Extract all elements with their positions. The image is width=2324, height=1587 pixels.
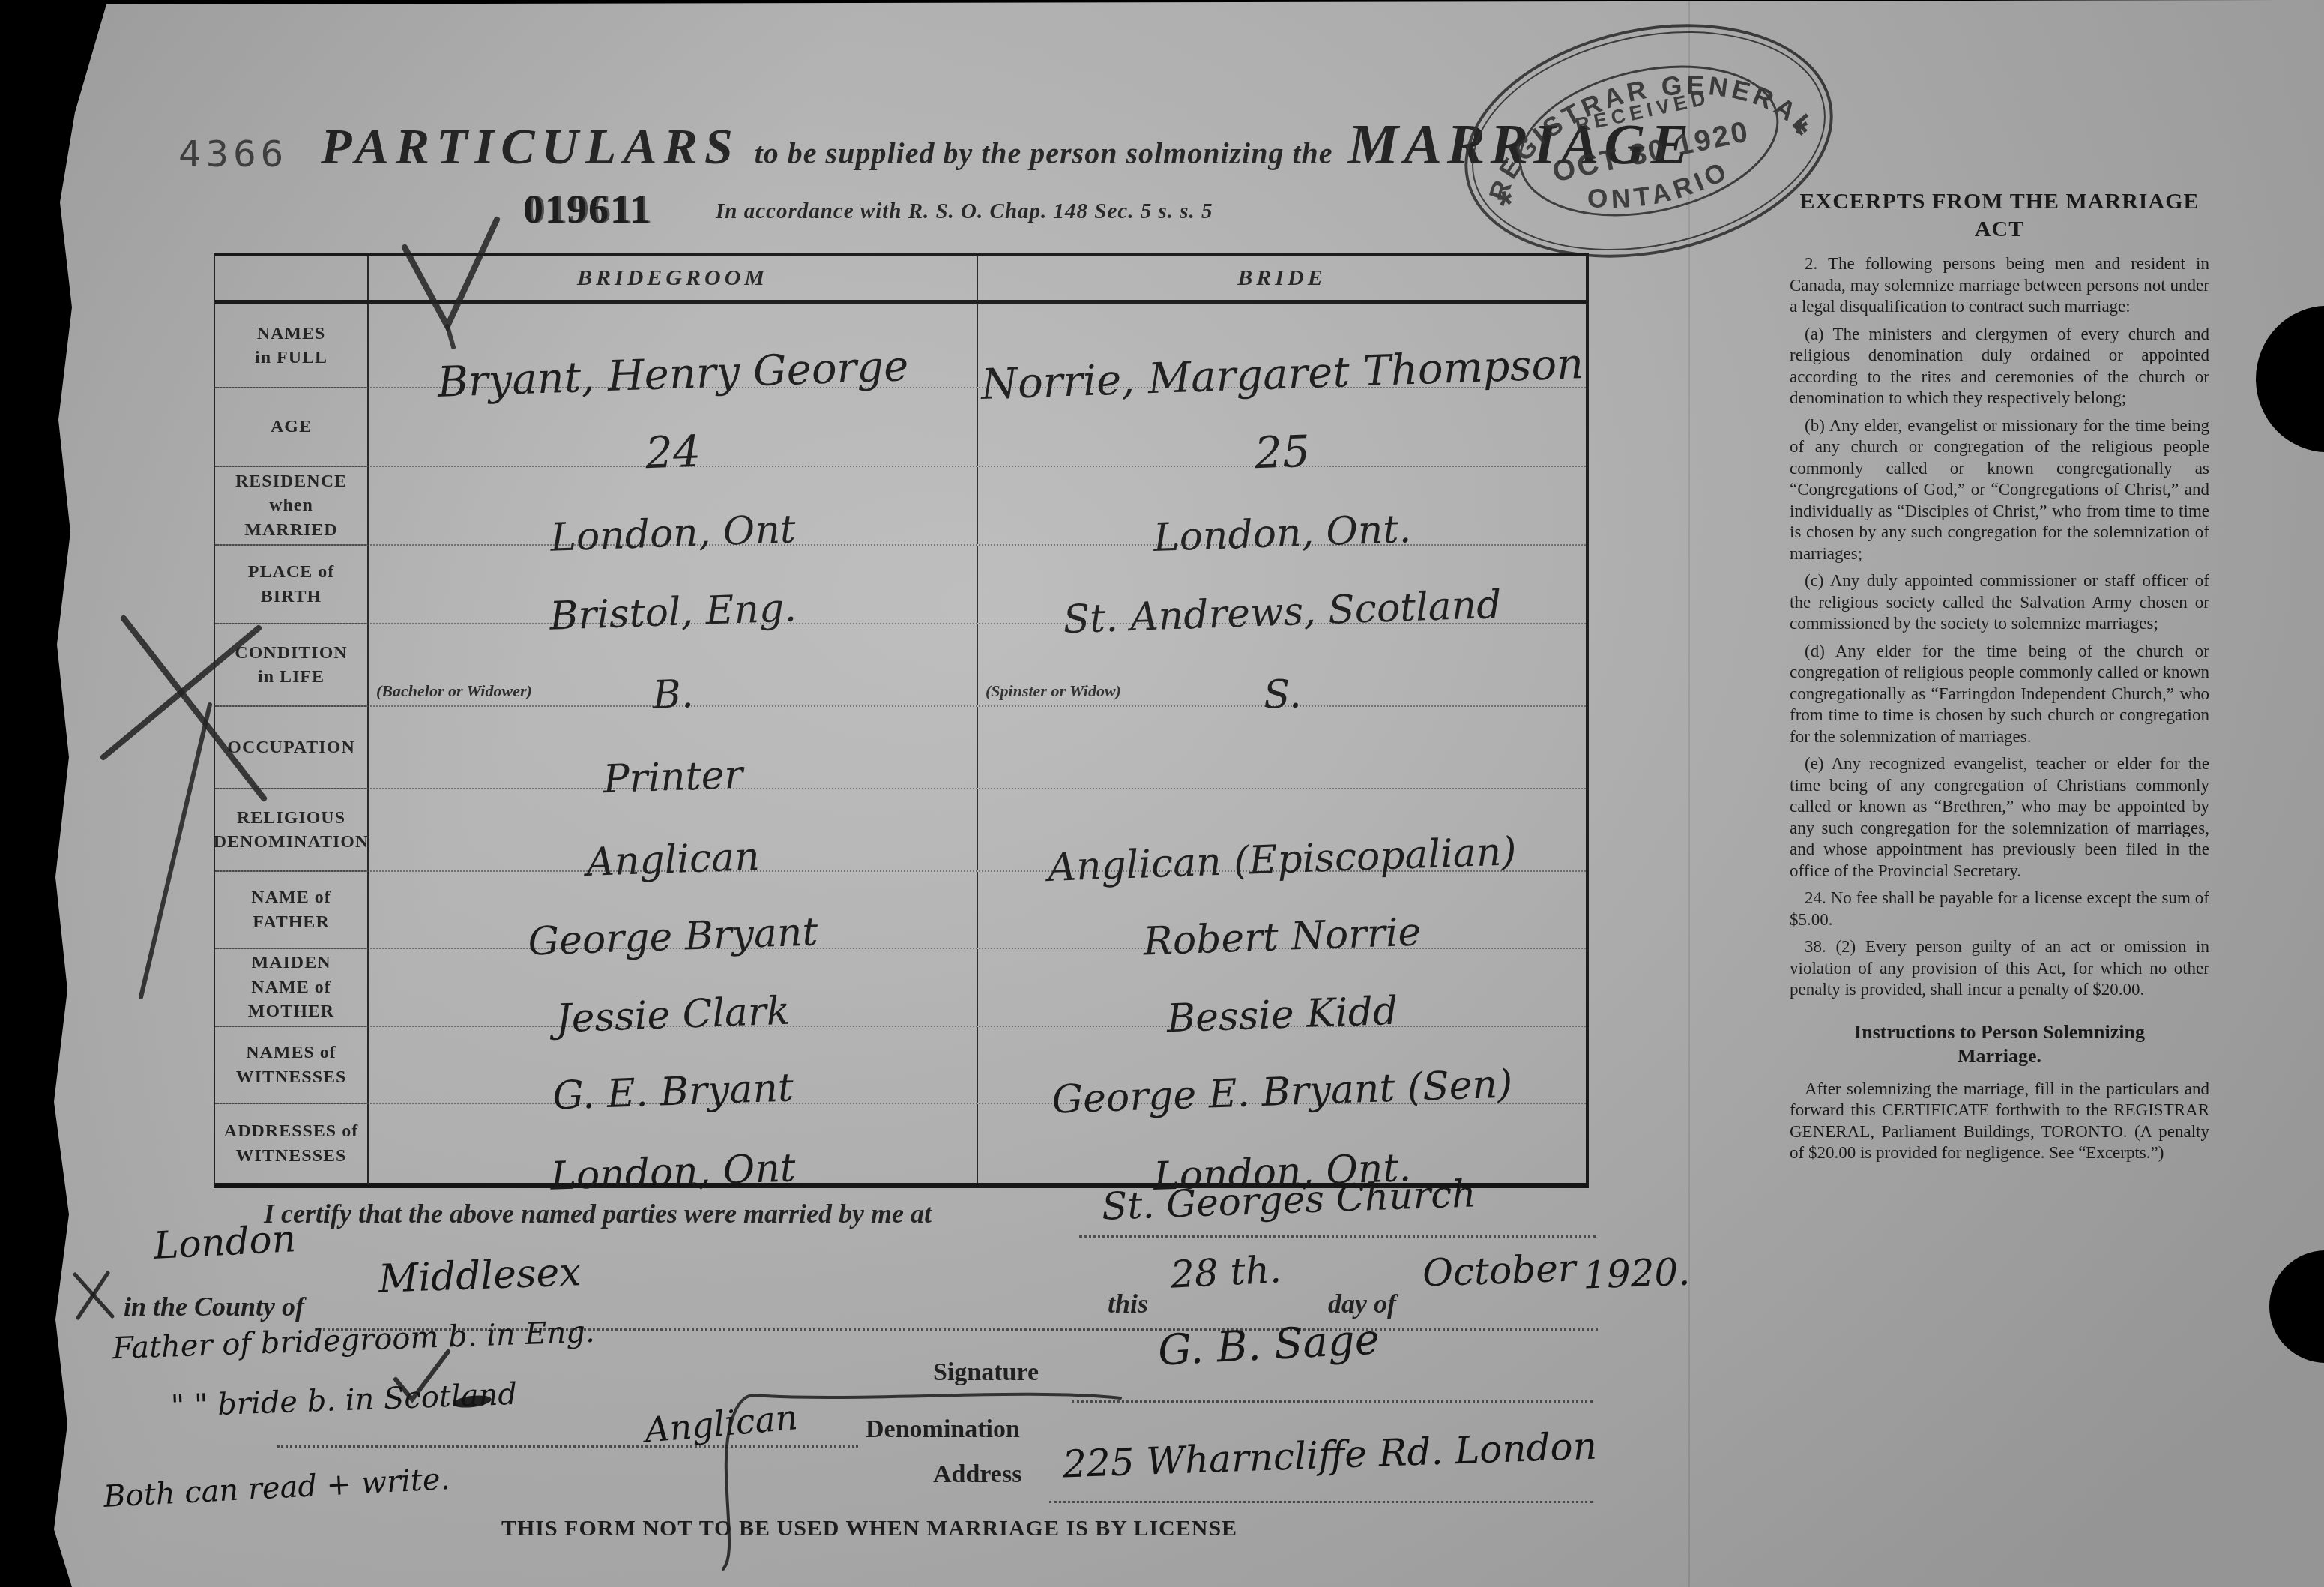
- cell-bride-occupation: [978, 707, 1586, 788]
- cell-groom-mother: Jessie Clark: [369, 949, 978, 1026]
- table-header-label-spacer: [215, 256, 369, 300]
- denomination-label: Denomination: [866, 1415, 1020, 1444]
- cell-groom-witness-address: London, Ont: [369, 1104, 978, 1183]
- excerpt-paragraph: 2. The following persons being men and r…: [1790, 253, 2209, 318]
- form-footer-text: THIS FORM NOT TO BE USED WHEN MARRIAGE I…: [495, 1516, 1244, 1541]
- signature-label: Signature: [933, 1358, 1039, 1387]
- handwritten-year: 1920.: [1582, 1250, 1691, 1298]
- handwritten-city: London: [153, 1217, 298, 1268]
- table-row-occupation: OCCUPATION Printer: [215, 707, 1586, 789]
- cross-mark-county-icon: [69, 1265, 121, 1325]
- form-subtitle: In accordance with R. S. O. Chap. 148 Se…: [716, 199, 1213, 224]
- cell-bride-names: Norrie, Margaret Thompson: [978, 304, 1586, 387]
- cell-groom-age: 24: [369, 388, 978, 466]
- printed-cell-note: (Bachelor or Widower): [376, 681, 532, 701]
- column-header-bridegroom: BRIDEGROOM: [369, 256, 978, 300]
- excerpts-column: EXCERPTS FROM THE MARRIAGE ACT 2. The fo…: [1790, 187, 2209, 1170]
- handwritten-value: London, Ont: [549, 1145, 796, 1199]
- excerpt-paragraph: (a) The ministers and clergymen of every…: [1790, 324, 2209, 409]
- cell-bride-religion: Anglican (Episcopalian): [978, 789, 1586, 870]
- row-label: NAMES of WITNESSES: [215, 1027, 369, 1104]
- cell-bride-birthplace: St. Andrews, Scotland: [978, 546, 1586, 623]
- row-label: PLACE of BIRTH: [215, 546, 369, 624]
- cell-groom-occupation: Printer: [369, 707, 978, 788]
- cell-groom-birthplace: Bristol, Eng.: [369, 546, 978, 623]
- row-label: ADDRESSES of WITNESSES: [215, 1104, 369, 1184]
- certify-printed-text: I certify that the above named parties w…: [264, 1198, 932, 1229]
- excerpt-paragraph: (e) Any recognized evangelist, teacher o…: [1790, 753, 2209, 882]
- handwritten-denomination: Anglican: [643, 1397, 799, 1451]
- excerpt-paragraph: (b) Any elder, evangelist or missionary …: [1790, 415, 2209, 565]
- paper-fold-line: [1688, 0, 1690, 1587]
- cell-groom-religion: Anglican: [369, 789, 978, 870]
- handwritten-month: October: [1422, 1246, 1577, 1295]
- printed-cell-note: (Spinster or Widow): [986, 681, 1121, 701]
- row-label: NAME of FATHER: [215, 872, 369, 949]
- row-label: MAIDEN NAME of MOTHER: [215, 949, 369, 1027]
- dotted-line: [277, 1445, 858, 1448]
- particulars-table: BRIDEGROOM BRIDE NAMES in FULL Bryant, H…: [214, 253, 1589, 1188]
- form-title-lead: PARTICULARS: [321, 117, 740, 176]
- margin-note-literacy: Both can read + write.: [103, 1462, 450, 1514]
- row-label: RELIGIOUS DENOMINATION: [215, 789, 369, 872]
- address-label: Address: [933, 1460, 1021, 1489]
- table-header-row: BRIDEGROOM BRIDE: [215, 256, 1586, 304]
- table-row-religion: RELIGIOUS DENOMINATION Anglican Anglican…: [215, 789, 1586, 872]
- this-printed-text: this: [1108, 1288, 1148, 1319]
- table-row-father: NAME of FATHER George Bryant Robert Norr…: [215, 872, 1586, 949]
- cell-bride-witness: George E. Bryant (Sen): [978, 1027, 1586, 1103]
- cell-groom-witness: G. E. Bryant: [369, 1027, 978, 1103]
- excerpt-paragraph: (c) Any duly appointed commissioner or s…: [1790, 570, 2209, 635]
- form-title-middle: to be supplied by the person solmonizing…: [755, 136, 1333, 171]
- table-row-condition: CONDITION in LIFE (Bachelor or Widower) …: [215, 624, 1586, 707]
- handwritten-address: 225 Wharncliffe Rd. London: [1062, 1424, 1598, 1487]
- table-row-witness-addresses: ADDRESSES of WITNESSES London, Ont Londo…: [215, 1104, 1586, 1183]
- instructions-body: After solemnizing the marriage, fill in …: [1790, 1079, 2209, 1164]
- table-row-residence: RESIDENCE when MARRIED London, Ont Londo…: [215, 467, 1586, 546]
- paper-sheet: 4366 PARTICULARS to be supplied by the p…: [0, 0, 2324, 1587]
- table-row-mother: MAIDEN NAME of MOTHER Jessie Clark Bessi…: [215, 949, 1586, 1027]
- cell-bride-age: 25: [978, 388, 1586, 466]
- table-row-witness-names: NAMES of WITNESSES G. E. Bryant George E…: [215, 1027, 1586, 1104]
- cell-bride-witness-address: London, Ont.: [978, 1104, 1586, 1183]
- county-printed-text: in the County of: [124, 1291, 304, 1322]
- cell-bride-mother: Bessie Kidd: [978, 949, 1586, 1026]
- cell-bride-residence: London, Ont.: [978, 467, 1586, 544]
- dotted-line: [1079, 1235, 1596, 1238]
- cell-groom-condition: (Bachelor or Widower) B.: [369, 624, 978, 705]
- file-number: 4366: [178, 133, 288, 175]
- excerpts-heading: EXCERPTS FROM THE MARRIAGE ACT: [1790, 187, 2209, 243]
- dotted-line: [1072, 1400, 1593, 1403]
- dotted-line: [1049, 1501, 1593, 1503]
- row-label: AGE: [215, 388, 369, 467]
- handwritten-county: Middlesex: [378, 1250, 582, 1301]
- scanned-marriage-record: 4366 PARTICULARS to be supplied by the p…: [0, 0, 2324, 1587]
- row-label: CONDITION in LIFE: [215, 624, 369, 707]
- cell-groom-residence: London, Ont: [369, 467, 978, 544]
- cell-bride-father: Robert Norrie: [978, 872, 1586, 948]
- column-header-bride: BRIDE: [978, 256, 1586, 300]
- instructions-heading: Instructions to Person Solemnizing Marri…: [1812, 1020, 2187, 1068]
- cell-bride-condition: (Spinster or Widow) S.: [978, 624, 1586, 705]
- row-label: OCCUPATION: [215, 707, 369, 789]
- table-row-age: AGE 24 25: [215, 388, 1586, 467]
- cell-groom-father: George Bryant: [369, 872, 978, 948]
- table-row-birthplace: PLACE of BIRTH Bristol, Eng. St. Andrews…: [215, 546, 1586, 624]
- handwritten-signature: G. B. Sage: [1157, 1315, 1381, 1375]
- cell-groom-names: Bryant, Henry George: [369, 304, 978, 387]
- row-label: NAMES in FULL: [215, 304, 369, 388]
- registration-number: 019611: [523, 186, 651, 232]
- handwritten-day: 28 th.: [1170, 1247, 1283, 1297]
- day-of-printed-text: day of: [1328, 1288, 1396, 1319]
- excerpt-paragraph: 24. No fee shall be payable for a licens…: [1790, 888, 2209, 930]
- excerpt-paragraph: 38. (2) Every person guilty of an act or…: [1790, 936, 2209, 1001]
- row-label: RESIDENCE when MARRIED: [215, 467, 369, 546]
- margin-note-father: Father of bridegroom b. in Eng.: [112, 1315, 595, 1366]
- excerpt-paragraph: (d) Any elder for the time being of the …: [1790, 641, 2209, 748]
- table-row-names: NAMES in FULL Bryant, Henry George Norri…: [215, 304, 1586, 388]
